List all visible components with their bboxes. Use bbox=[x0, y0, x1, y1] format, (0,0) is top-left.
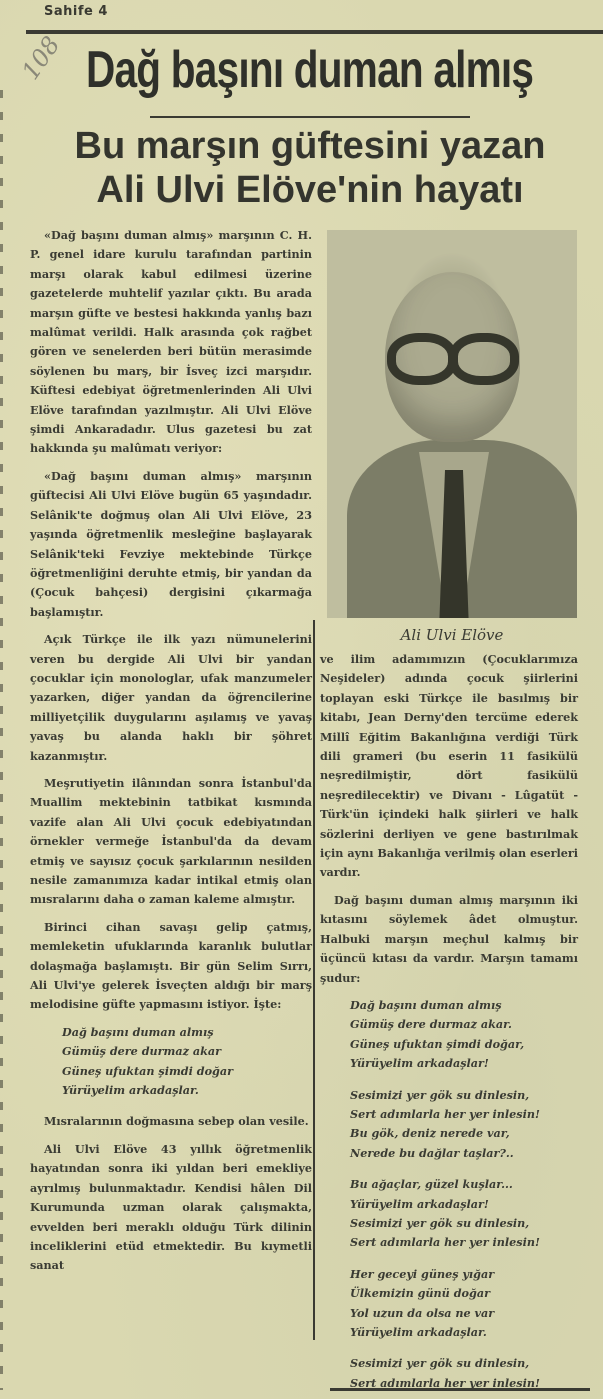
article-paragraph: Birinci cihan savaşı gelip çatmış, memle… bbox=[30, 918, 312, 1015]
poem-stanza: Dağ başını duman almışGümüş dere durmaz … bbox=[350, 996, 578, 1074]
poem-line: Sert adımlarla her yer inlesin! bbox=[350, 1233, 578, 1252]
poem-stanza: Dağ başını duman almış Gümüş dere durmaz… bbox=[62, 1023, 312, 1101]
poem-line: Yürüyelim arkadaşlar. bbox=[62, 1081, 312, 1100]
poem-line: Sesimizi yer gök su dinlesin, bbox=[350, 1214, 578, 1233]
poem-line: Yürüyelim arkadaşlar! bbox=[350, 1195, 578, 1214]
article-paragraph: Meşrutiyetin ilânından sonra İstanbul'da… bbox=[30, 774, 312, 910]
bottom-rule-divider bbox=[330, 1388, 590, 1391]
poem-line: Gümüş dere durmaz akar bbox=[62, 1042, 312, 1061]
poem-line: Sert adımlarla her yer inlesin! bbox=[350, 1105, 578, 1124]
poem-line: Gümüş dere durmaz akar. bbox=[350, 1015, 578, 1034]
article-paragraph: «Dağ başını duman almış» marşının C. H. … bbox=[30, 226, 312, 459]
subheadline-line-1: Bu marşın güftesini yazan bbox=[40, 124, 580, 168]
poem-line: Bu gök, deniz nerede var, bbox=[350, 1124, 578, 1143]
headline: Dağ başını duman almış bbox=[60, 40, 559, 100]
article-paragraph: «Dağ başını duman almış» marşının güftec… bbox=[30, 467, 312, 622]
top-rule-divider bbox=[26, 30, 603, 34]
poem-line: Ülkemizin günü doğar bbox=[350, 1284, 578, 1303]
column-divider bbox=[313, 620, 315, 1340]
poem-line: Yol uzun da olsa ne var bbox=[350, 1304, 578, 1323]
poem-line: Yürüyelim arkadaşlar! bbox=[350, 1054, 578, 1073]
poem-stanza: Sesimizi yer gök su dinlesin,Sert adımla… bbox=[350, 1086, 578, 1164]
full-march-lyrics: Dağ başını duman almışGümüş dere durmaz … bbox=[320, 996, 578, 1393]
photo-caption: Ali Ulvi Elöve bbox=[327, 626, 577, 644]
poem-line: Dağ başını duman almış bbox=[62, 1023, 312, 1042]
subheadline: Bu marşın güftesini yazan Ali Ulvi Elöve… bbox=[40, 124, 580, 212]
headline-divider bbox=[150, 116, 470, 118]
poem-line: Dağ başını duman almış bbox=[350, 996, 578, 1015]
article-paragraph: ve ilim adamımızın (Çocuklarımıza Neşide… bbox=[320, 650, 578, 883]
article-paragraph: Dağ başını duman almış marşının iki kıta… bbox=[320, 891, 578, 988]
left-column-article: «Dağ başını duman almış» marşının C. H. … bbox=[30, 226, 312, 1284]
article-paragraph: Açık Türkçe ile ilk yazı nümunelerini ve… bbox=[30, 630, 312, 766]
poem-line: Güneş ufuktan şimdi doğar bbox=[62, 1062, 312, 1081]
poem-line: Nerede bu dağlar taşlar?.. bbox=[350, 1144, 578, 1163]
subheadline-line-2: Ali Ulvi Elöve'nin hayatı bbox=[40, 168, 580, 212]
poem-line: Bu ağaçlar, güzel kuşlar... bbox=[350, 1175, 578, 1194]
poem-line: Sesimizi yer gök su dinlesin, bbox=[350, 1354, 578, 1373]
portrait-photo bbox=[327, 230, 577, 618]
poem-line: Her geceyi güneş yığar bbox=[350, 1265, 578, 1284]
page-label: Sahife 4 bbox=[44, 4, 108, 19]
poem-line: Güneş ufuktan şimdi doğar, bbox=[350, 1035, 578, 1054]
right-column-article: ve ilim adamımızın (Çocuklarımıza Neşide… bbox=[320, 650, 578, 1399]
poem-line: Sesimizi yer gök su dinlesin, bbox=[350, 1086, 578, 1105]
poem-stanza: Bu ağaçlar, güzel kuşlar...Yürüyelim ark… bbox=[350, 1175, 578, 1253]
article-paragraph: Ali Ulvi Elöve 43 yıllık öğretmenlik hay… bbox=[30, 1140, 312, 1276]
poem-line: Yürüyelim arkadaşlar. bbox=[350, 1323, 578, 1342]
article-paragraph: Mısralarının doğmasına sebep olan vesile… bbox=[30, 1112, 312, 1131]
photo-glasses bbox=[387, 333, 519, 369]
poem-stanza: Her geceyi güneş yığarÜlkemizin günü doğ… bbox=[350, 1265, 578, 1343]
march-lyrics-excerpt: Dağ başını duman almış Gümüş dere durmaz… bbox=[30, 1023, 312, 1101]
